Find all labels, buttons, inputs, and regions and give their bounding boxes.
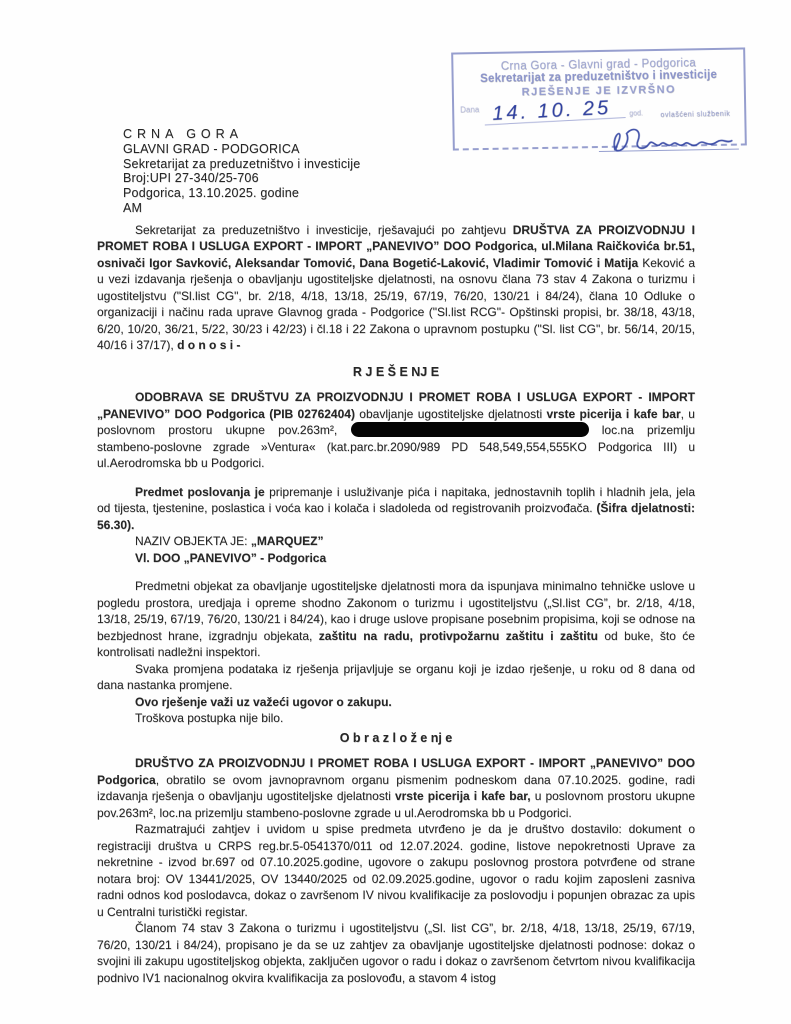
technical-conditions-paragraph: Predmetni objekat za obavljanje ugostite…	[97, 578, 695, 661]
case-number: Broj:UPI 27-340/25-706	[123, 171, 695, 186]
stamp-date-suffix: god.	[629, 110, 643, 117]
letterhead-department: Sekretarijat za preduzetništvo i investi…	[123, 157, 695, 172]
owner-line: Vl. DOO „PANEVIVO” - Podgorica	[97, 550, 695, 567]
heading-rjesenje: R J E Š E NJ E	[97, 364, 695, 381]
stamp-date-label: Dana	[460, 105, 479, 114]
law-article-paragraph: Članom 74 stav 3 Zakona o turizmu i ugos…	[97, 920, 695, 986]
lease-validity-line: Ovo rješenje važi uz važeći ugovor o zak…	[97, 694, 695, 711]
clerk-initials: AM	[123, 201, 695, 216]
change-notice-paragraph: Svaka promjena podataka iz rješenja prij…	[97, 661, 695, 694]
costs-line: Troškova postupka nije bilo.	[97, 710, 695, 727]
letterhead-country: CRNA GORA	[123, 127, 695, 142]
redaction-bar	[351, 422, 589, 437]
object-name-line: NAZIV OBJEKTA JE: „MARQUEZ”	[97, 533, 695, 550]
scanned-document-page: Crna Gora - Glavni grad - Podgorica Sekr…	[0, 0, 791, 1024]
place-and-date: Podgorica, 13.10.2025. godine	[123, 186, 695, 201]
document-body: CRNA GORA GLAVNI GRAD - PODGORICA Sekret…	[97, 127, 695, 986]
stamp-officer-label: ovlašćeni službenik	[660, 111, 730, 119]
handwritten-date: 14. 10. 25	[483, 97, 625, 125]
intro-paragraph: Sekretarijat za preduzetništvo i investi…	[97, 222, 695, 354]
decision-paragraph: ODOBRAVA SE DRUŠTVU ZA PROIZVODNJU I PRO…	[97, 389, 695, 472]
explanation-request-paragraph: DRUŠTVO ZA PROIZVODNJU I PROMET ROBA I U…	[97, 755, 695, 821]
letterhead-city: GLAVNI GRAD - PODGORICA	[123, 142, 695, 157]
heading-obrazlozenje: O b r a z l o ž e nj e	[97, 730, 695, 747]
letterhead: CRNA GORA GLAVNI GRAD - PODGORICA Sekret…	[123, 127, 695, 216]
business-subject-paragraph: Predmet poslovanja je pripremanje i uslu…	[97, 484, 695, 534]
evidence-paragraph: Razmatrajući zahtjev i uvidom u spise pr…	[97, 821, 695, 920]
